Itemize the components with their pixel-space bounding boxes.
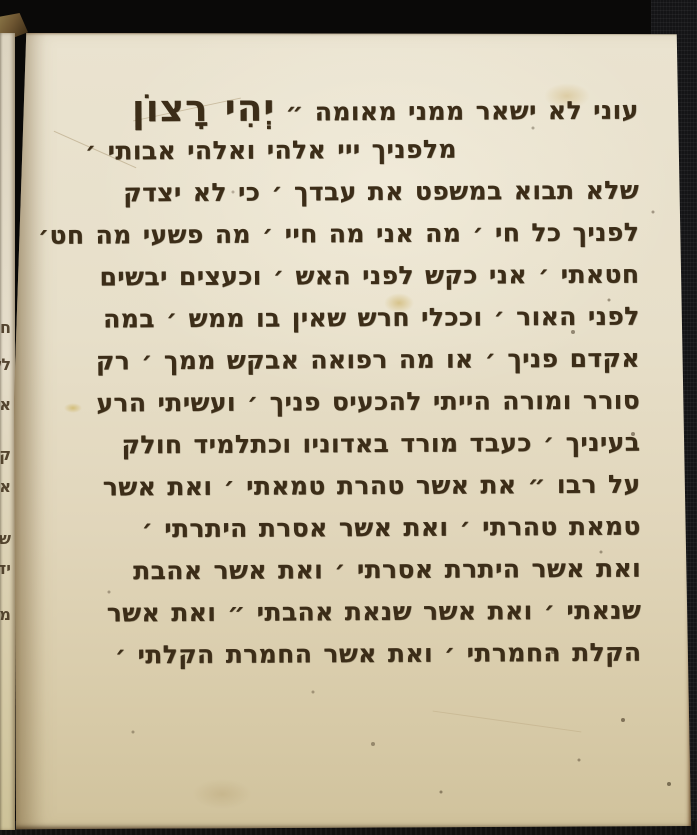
parchment-crease [433,711,582,733]
text-line-11: טמאת טהרתי ׳ ואת אשר אסרת היתרתי ׳ [104,506,641,551]
text-line-7: אקדם פניך ׳ או מה רפואה אבקש ממך ׳ רק [103,338,640,383]
line-1-display-words: יְהִי רָצוֹן [132,86,276,130]
text-line-14: הקלת החמרתי ׳ ואת אשר החמרת הקלתי ׳ [104,632,641,677]
text-line-9: בעיניך ׳ כעבד מורד באדוניו וכתלמיד חולק [103,422,640,467]
text-line-13: שנאתי ׳ ואת אשר שנאת אהבתי ״ ואת אשר [104,590,641,635]
text-line-4: לפניך כל חי ׳ מה אני מה חיי ׳ מה פשעי מה… [102,212,639,257]
parchment-stain [192,779,252,809]
facing-text-fragment: קע [0,445,11,464]
text-line-8: סורר ומורה הייתי להכעיס פניך ׳ ועשיתי הר… [103,380,640,425]
facing-text-fragment: אש [0,477,11,496]
text-line-6: לפני האור ׳ וככלי חרש שאין בו ממש ׳ במה [103,296,640,341]
facing-page-edge: חצ לש אני קע אש שק יד מש [0,33,15,830]
facing-text-fragment: חצ [0,318,11,337]
facing-text-fragment: לש [0,355,11,374]
manuscript-page: עוני לא ישאר ממני מאומה ״יְהִי רָצוֹן מל… [12,31,691,830]
text-line-5: חטאתי ׳ אני כקש לפני האש ׳ וכעצים יבשים [102,254,639,299]
facing-text-fragment: מש [0,605,11,624]
manuscript-photo: חצ לש אני קע אש שק יד מש עוני לא ישאר ממ… [0,0,697,835]
parchment-stain [64,403,82,413]
text-line-1: עוני לא ישאר ממני מאומה ״יְהִי רָצוֹן [101,86,638,131]
facing-text-fragment: אני [0,395,11,414]
text-line-3: שלא תבוא במשפט את עבדך ׳ כי לא יצדק [102,170,639,215]
gutter-shadow [12,31,46,830]
text-block: עוני לא ישאר ממני מאומה ״יְהִי רָצוֹן מל… [101,86,641,677]
text-line-12: ואת אשר היתרת אסרתי ׳ ואת אשר אהבת [104,548,641,593]
text-line-10: על רבו ״ את אשר טהרת טמאתי ׳ ואת אשר [103,464,640,509]
text-line-2: מלפניך ייי אלהי ואלהי אבותי ׳ [102,128,639,173]
facing-text-fragment: שק [0,529,11,548]
line-1-body: עוני לא ישאר ממני מאומה ״ [285,96,638,127]
facing-text-fragment: יד [0,559,11,578]
